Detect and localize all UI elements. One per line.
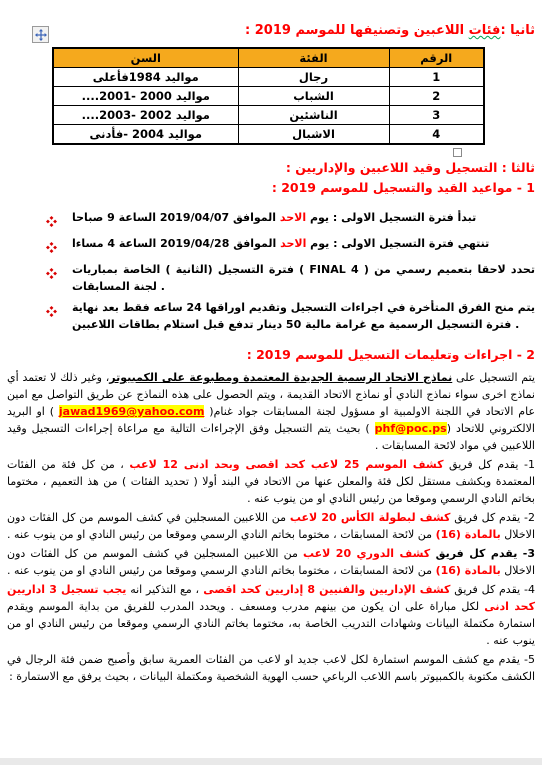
diamond-bullet-icon <box>46 299 72 333</box>
heading-registration: ثالثا : التسجيل وقيد اللاعبين والإداريين… <box>7 159 535 176</box>
numbered-item-2: 2- يقدم كل فريق كشف لبطولة الكأس 20 لاعب… <box>7 509 535 543</box>
registration-dates-list: تبدأ فترة التسجيل الاولى : يوم الاحد الم… <box>0 209 542 333</box>
list-item-text: تنتهي فترة التسجيل الاولى : يوم الاحد ال… <box>72 235 535 257</box>
cell-category: الناشئين <box>238 106 389 125</box>
text-run: بالمادة (16) <box>436 564 501 577</box>
cell-number: 2 <box>389 87 484 106</box>
table-header-row: الرقم الفئة السن <box>53 48 484 68</box>
cell-age: مواليد 1984فأعلى <box>53 68 238 87</box>
cell-age: مواليد 2000 -2001.... <box>53 87 238 106</box>
text-run: كشف الدوري 20 لاعب <box>303 547 430 560</box>
table-move-icon[interactable] <box>32 26 49 43</box>
table-row: 4الاشبالمواليد 2004 -فأدنى <box>53 125 484 145</box>
text-run: الموافق 2019/04/28 الساعة 4 مساءا <box>72 237 280 250</box>
page-bottom-edge <box>0 758 542 765</box>
text-run: 3- يقدم كل فريق <box>430 547 535 560</box>
text-run: يتم منح الفرق المتأخرة في اجراءات التسجي… <box>72 301 535 331</box>
text-run: بالمادة (16) <box>436 528 501 541</box>
section-title-player-categories: ثانيا :فئات اللاعبين وتصنيفها للموسم 201… <box>0 22 535 39</box>
list-item-text: فترة التسجيل (الثانية ) الخاصة بمباريات … <box>72 261 535 295</box>
text-run: كشف الموسم 25 لاعب كحد اقصى وبحد ادنى 12… <box>129 458 443 471</box>
numbered-item-4: 4- يقدم كل فريق كشف الإداريين والفنيين 8… <box>7 581 535 649</box>
cell-number: 3 <box>389 106 484 125</box>
table-resize-handle[interactable] <box>453 148 462 157</box>
intro-paragraph: يتم التسجيل على نماذج الاتحاد الرسمية ال… <box>7 369 535 454</box>
text-run: تنتهي فترة التسجيل الاولى : يوم <box>306 237 489 250</box>
document-page: ثانيا :فئات اللاعبين وتصنيفها للموسم 201… <box>0 0 542 765</box>
text-run: تبدأ فترة التسجيل الاولى : يوم <box>306 211 476 224</box>
text-run: 5- يقدم مع كشف الموسم استمارة لكل لاعب ج… <box>7 653 535 683</box>
list-item: تنتهي فترة التسجيل الاولى : يوم الاحد ال… <box>46 235 535 257</box>
instructions-list: 1- يقدم كل فريق كشف الموسم 25 لاعب كحد ا… <box>0 456 542 685</box>
categories-table-wrap: الرقم الفئة السن 1رجالمواليد 1984فأعلى2ا… <box>52 47 483 145</box>
text-run: يتم التسجيل على <box>452 371 535 384</box>
numbered-item-3: 3- يقدم كل فريق كشف الدوري 20 لاعب من ال… <box>7 545 535 579</box>
cell-age: مواليد 2004 -فأدنى <box>53 125 238 145</box>
diamond-bullet-icon <box>46 261 72 295</box>
table-row: 1رجالمواليد 1984فأعلى <box>53 68 484 87</box>
list-item-text: يتم منح الفرق المتأخرة في اجراءات التسجي… <box>72 299 535 333</box>
numbered-item-1: 1- يقدم كل فريق كشف الموسم 25 لاعب كحد ا… <box>7 456 535 507</box>
text-run: ثانيا : <box>500 23 535 38</box>
text-run: فئات <box>469 23 501 38</box>
list-item: يتم منح الفرق المتأخرة في اجراءات التسجي… <box>46 299 535 333</box>
text-run: الموافق 2019/04/07 الساعة 9 صباحا <box>72 211 280 224</box>
cell-number: 1 <box>389 68 484 87</box>
text-run: 1- يقدم كل فريق <box>444 458 536 471</box>
text-run: اللاعبين وتصنيفها للموسم 2019 : <box>245 23 469 38</box>
categories-table-body: 1رجالمواليد 1984فأعلى2الشبابمواليد 2000 … <box>53 68 484 145</box>
email-link-jawad[interactable]: jawad1969@yahoo.com <box>59 405 205 418</box>
cell-age: مواليد 2002 -2003.... <box>53 106 238 125</box>
col-header-category: الفئة <box>238 48 389 68</box>
diamond-bullet-icon <box>46 209 72 231</box>
text-run: 4- يقدم كل فريق <box>450 583 535 596</box>
text-run: من لائحة المسابقات ، مختوما بخاتم النادي… <box>7 564 436 577</box>
text-run: من لائحة المسابقات ، مختوما بخاتم النادي… <box>7 528 436 541</box>
list-item: تبدأ فترة التسجيل الاولى : يوم الاحد الم… <box>46 209 535 231</box>
numbered-item-5: 5- يقدم مع كشف الموسم استمارة لكل لاعب ج… <box>7 651 535 685</box>
text-run: نماذج الاتحاد الرسمية الجديدة المعتمدة و… <box>109 371 452 384</box>
cell-category: الشباب <box>238 87 389 106</box>
cell-category: الاشبال <box>238 125 389 145</box>
diamond-bullet-icon <box>46 235 72 257</box>
text-run: الاحد <box>280 211 306 224</box>
text-run: 2- يقدم كل فريق <box>450 511 535 524</box>
col-header-age: السن <box>53 48 238 68</box>
categories-table: الرقم الفئة السن 1رجالمواليد 1984فأعلى2ا… <box>52 47 485 145</box>
text-run: ، مع التذكير انه <box>126 583 199 596</box>
text-run: فترة التسجيل (الثانية ) الخاصة بمباريات … <box>72 263 535 293</box>
col-header-number: الرقم <box>389 48 484 68</box>
cell-category: رجال <box>238 68 389 87</box>
heading-registration-dates: 1 - مواعيد القيد والتسجيل للموسم 2019 : <box>7 179 535 196</box>
table-row: 3الناشئينمواليد 2002 -2003.... <box>53 106 484 125</box>
text-run: الاحد <box>280 237 306 250</box>
list-item-text: تبدأ فترة التسجيل الاولى : يوم الاحد الم… <box>72 209 535 231</box>
cell-number: 4 <box>389 125 484 145</box>
text-run: لكل مباراة على ان يكون من بينهم مدرب ومس… <box>7 600 535 647</box>
list-item: فترة التسجيل (الثانية ) الخاصة بمباريات … <box>46 261 535 295</box>
table-row: 2الشبابمواليد 2000 -2001.... <box>53 87 484 106</box>
text-run: كشف الإداريين والفنيين 8 إداريين كحد اقص… <box>199 583 450 596</box>
heading-registration-instructions: 2 - اجراءات وتعليمات التسجيل للموسم 2019… <box>7 346 535 363</box>
email-link-federation[interactable]: phf@poc.ps <box>375 422 447 435</box>
text-run: كشف لبطولة الكأس 20 لاعب <box>290 511 451 524</box>
